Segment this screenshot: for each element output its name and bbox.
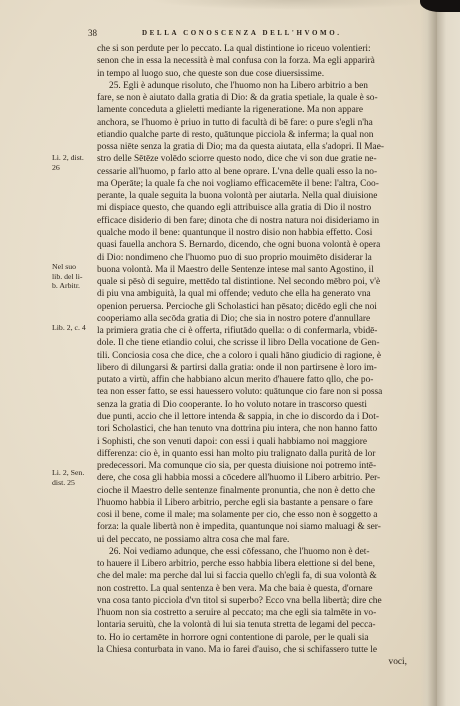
page-gutter [420,8,438,706]
text-line: che del male: ma perche dal lui si facci… [97,570,407,582]
text-line: l'huom non sia costretto a seruire al pe… [97,607,407,619]
text-line: due punti, accio che il lettore intenda … [97,411,407,423]
text-line: to hauere il Libero arbitrio, perche ess… [97,558,407,570]
text-line: quale si pēsò di seguire, mettēdo tal di… [97,276,407,288]
text-line: buona volontà. Ma il Maestro delle Sente… [97,264,407,276]
text-line: qualche modo il bene: quantunque il nost… [97,227,407,239]
page-number: 38 [88,28,97,38]
margin-note-line: Nel suo [52,262,96,272]
text-line: che si son perdute per lo peccato. La qu… [97,43,407,55]
facing-page-edge [437,10,460,706]
text-line: differenza: cio è, in quanto essi han mo… [97,448,407,460]
text-line: predecessori. Ma comunque cio sia, per q… [97,460,407,472]
text-line: libero di dilungarsi & partirsi dalla gr… [97,362,407,374]
text-line: ma Operāte; la quale fa che noi vogliamo… [97,178,407,190]
text-line: cioche il Maestro delle sentenze finalme… [97,485,407,497]
text-line: non costretto. La qual sentenza è ben ve… [97,583,407,595]
text-line: cooperiamo alla secōda gratia di Dio; ch… [97,313,407,325]
running-title: DELLA CONOSCENZA DELL'HVOMO. [142,29,342,37]
text-line: l'huomo habbia il Libero arbitrio, perch… [97,497,407,509]
margin-note-line: 26 [52,163,96,173]
text-line: ui del peccato, ne possiamo altra cosa c… [97,534,407,546]
margin-note-line: dist. 25 [52,478,96,488]
text-line: i Sophisti, che son venuti dapoi: con es… [97,436,407,448]
margin-note: Li. 2, dist.26 [52,153,96,172]
text-line: la Chiesa conturbata in vano. Ma io fare… [97,644,407,656]
text-line: stro delle Sētēze volēdo sciorre questo … [97,153,407,165]
text-line: dere, che cosa gli habbia mossi a cōcede… [97,472,407,484]
margin-note-line: lib. del li- [52,272,96,282]
page-top-shadow [150,0,440,10]
text-line: anchora, se l'huomo è priuo in tutto di … [97,117,407,129]
margin-note-line: b. Arbitr. [52,281,96,291]
page-header: 38 DELLA CONOSCENZA DELL'HVOMO. [88,28,408,42]
text-line: cosi il bene, come il male; ma solamente… [97,509,407,521]
text-line: mi dispiace questo, che quando egli attr… [97,202,407,214]
text-line: fare, se non è aiutato dalla gratia di D… [97,92,407,104]
text-line: di Dio: nondimeno che l'huomo puo di suo… [97,252,407,264]
text-line: quasi fauella anchora S. Bernardo, dicen… [97,239,407,251]
text-line: lamente conceduta a glieletti mediante l… [97,104,407,116]
margin-note-line: Li. 2, Sen. [52,468,96,478]
text-line: putato a virtù, affin che habbiano alcun… [97,374,407,386]
text-line: senon che in essa la necessità è mal con… [97,55,407,67]
text-line: cessarie all'huomo, p farlo atto al bene… [97,166,407,178]
text-line: tea non esser fatto, se essi hauessero v… [97,386,407,398]
text-line: tori Scholastici, che han tenuto vna dot… [97,423,407,435]
text-line: la primiera gratia che ci è offerta, rif… [97,325,407,337]
text-line: forza: la quale libertà non è impedita, … [97,521,407,533]
margin-note-line: Li. 2, dist. [52,153,96,163]
text-line: lontaria seruitù, che la volontà di lui … [97,619,407,631]
text-line: perante, la quale seguita la buona volon… [97,190,407,202]
text-line: possa niēte senza la gratia di Dio; ma d… [97,141,407,153]
margin-note: Lib. 2, c. 4 [52,323,96,333]
body-text: che si son perdute per lo peccato. La qu… [97,43,407,669]
text-line: senza la gratia di Dio cooperante. Io ho… [97,399,407,411]
text-line: efficace disiderio di ben fare; dinota c… [97,215,407,227]
text-line: di piu vna ambiguità, la qual mi offende… [97,288,407,300]
text-line: openion peruersa. Percioche gli Scholast… [97,301,407,313]
text-line: 25. Egli è adunque risoluto, che l'huomo… [97,80,407,92]
text-line: vna cosa tanto picciola d'vn titol si su… [97,595,407,607]
text-line: tili. Conciosia cosa che dice, che a col… [97,350,407,362]
text-line: in tempo al luogo suo, che queste son du… [97,68,407,80]
text-line: etiandio qualche parte di resto, quātunq… [97,129,407,141]
margin-note-line: Lib. 2, c. 4 [52,323,96,333]
text-line: 26. Noi vediamo adunque, che essi cōfess… [97,546,407,558]
text-line: to. Ho io certamēte in horrore ogni cont… [97,632,407,644]
margin-note: Nel suolib. del li-b. Arbitr. [52,262,96,291]
catchword: voci, [97,656,407,668]
margin-note: Li. 2, Sen.dist. 25 [52,468,96,487]
text-line: dole. Il che tiene etiandio colui, che s… [97,337,407,349]
